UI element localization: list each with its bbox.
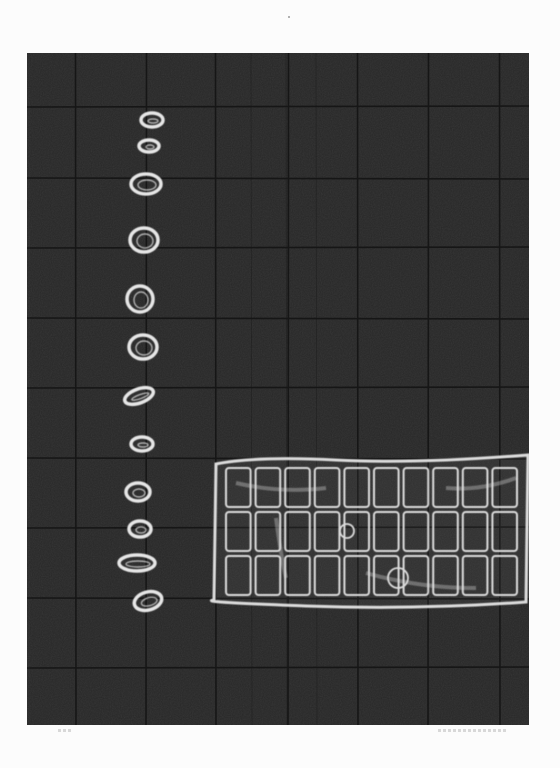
artwork-canvas [27,53,529,725]
paper-sheet [0,0,560,768]
embossed-grid-block [211,455,528,607]
edition-mark [58,729,72,732]
paper-speck [288,16,290,18]
print-plate [27,53,529,725]
artist-signature [438,729,508,732]
